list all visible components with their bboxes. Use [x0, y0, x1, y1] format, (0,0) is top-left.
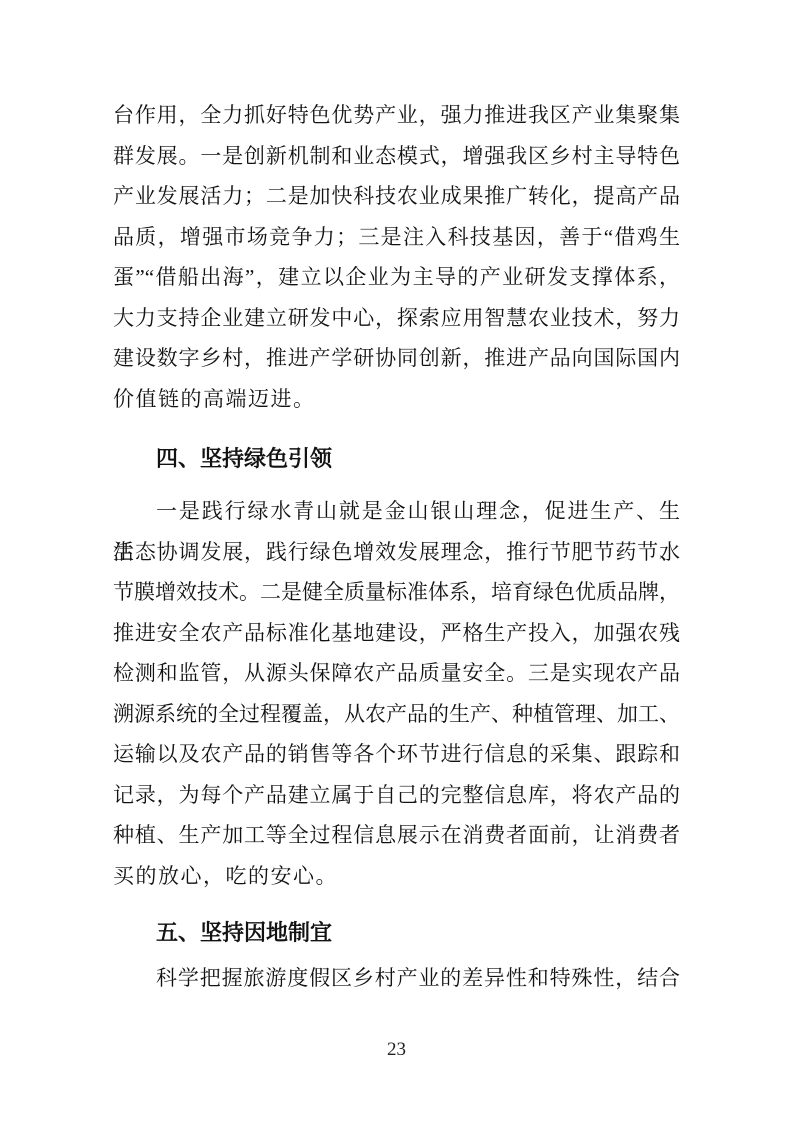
paragraph-continuation: 台作用，全力抓好特色优势产业，强力推进我区产业集聚集 群发展。一是创新机制和业态… — [113, 95, 680, 419]
body-line: 推进安全农产品标准化基地建设，严格生产投入，加强农残 — [113, 613, 680, 654]
body-line: 检测和监管，从源头保障农产品质量安全。三是实现农产品 — [113, 653, 680, 694]
section-heading-5: 五、坚持因地制宜 — [113, 913, 680, 954]
section-heading-4: 四、坚持绿色引领 — [113, 439, 680, 480]
body-line: 一是践行绿水青山就是金山银山理念，促进生产、生活、 — [113, 491, 680, 532]
body-line: 建设数字乡村，推进产学研协同创新，推进产品向国际国内 — [113, 338, 680, 379]
body-line: 大力支持企业建立研发中心，探索应用智慧农业技术，努力 — [113, 298, 680, 339]
body-line: 溯源系统的全过程覆盖，从农产品的生产、种植管理、加工、 — [113, 694, 680, 735]
body-line: 品质，增强市场竞争力；三是注入科技基因，善于“借鸡生 — [113, 217, 680, 258]
page-number: 23 — [0, 1036, 793, 1063]
body-line: 运输以及农产品的销售等各个环节进行信息的采集、跟踪和 — [113, 734, 680, 775]
body-line: 买的放心，吃的安心。 — [113, 856, 680, 897]
body-line: 群发展。一是创新机制和业态模式，增强我区乡村主导特色 — [113, 136, 680, 177]
heading-text: 五、坚持因地制宜 — [113, 913, 680, 954]
document-page: 台作用，全力抓好特色优势产业，强力推进我区产业集聚集 群发展。一是创新机制和业态… — [0, 0, 793, 1122]
body-line: 科学把握旅游度假区乡村产业的差异性和特殊性，结合 — [113, 958, 680, 999]
body-line: 记录，为每个产品建立属于自己的完整信息库，将农产品的 — [113, 775, 680, 816]
paragraph-green-leadership: 一是践行绿水青山就是金山银山理念，促进生产、生活、 生态协调发展，践行绿色增效发… — [113, 491, 680, 896]
body-line: 价值链的高端迈进。 — [113, 379, 680, 420]
body-line: 节膜增效技术。二是健全质量标准体系，培育绿色优质品牌， — [113, 572, 680, 613]
body-line: 种植、生产加工等全过程信息展示在消费者面前，让消费者 — [113, 815, 680, 856]
body-line: 蛋”“借船出海”，建立以企业为主导的产业研发支撑体系， — [113, 257, 680, 298]
body-line: 产业发展活力；二是加快科技农业成果推广转化，提高产品 — [113, 176, 680, 217]
body-line: 生态协调发展，践行绿色增效发展理念，推行节肥节药节水 — [113, 532, 680, 573]
paragraph-local-conditions: 科学把握旅游度假区乡村产业的差异性和特殊性，结合 — [113, 958, 680, 999]
body-line: 台作用，全力抓好特色优势产业，强力推进我区产业集聚集 — [113, 95, 680, 136]
heading-text: 四、坚持绿色引领 — [113, 439, 680, 480]
